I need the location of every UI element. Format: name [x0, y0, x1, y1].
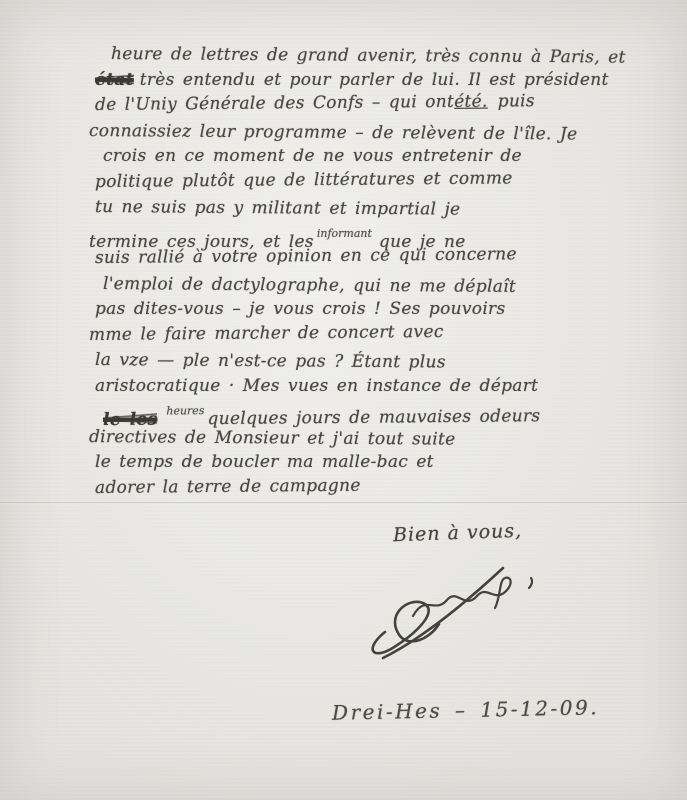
line-text: pas dites-vous – je vous crois ! Ses pou… — [95, 299, 506, 319]
letter-line: politique plutôt que de littératures et … — [95, 165, 635, 195]
line-text: l'emploi de dactylographe, qui ne me dép… — [103, 274, 516, 297]
dateline: Drei-Hes – 15-12-09. — [332, 695, 600, 725]
line-text: mme le faire marcher de concert avec — [89, 321, 444, 344]
line-text: la vze — ple n'est-ce pas ? Étant plus — [95, 350, 446, 372]
letter-line: la vze — ple n'est-ce pas ? Étant plus — [95, 348, 635, 377]
letter-line: mme le faire marcher de concert avec — [89, 318, 635, 348]
superscript-insert: informant — [317, 227, 372, 240]
closing-salutation: Bien à vous, — [393, 520, 523, 546]
line-text: suis rallié à votre opinion en ce qui co… — [95, 244, 517, 268]
line-text: heure de lettres de grand avenir, très c… — [111, 44, 626, 68]
letter-body: heure de lettres de grand avenir, très c… — [95, 42, 635, 501]
line-text: le temps de boucler ma malle-bac et — [95, 452, 434, 472]
line-text: tu ne suis pas y militant et impartial j… — [95, 197, 461, 220]
fold-crease — [0, 502, 687, 504]
line-text: de l'Uniy Générale des Confs – qui ont — [95, 92, 454, 115]
letter-line: directives de Monsieur et j'ai tout suit… — [89, 425, 635, 454]
underlined-word: été. — [454, 92, 488, 112]
line-text-tail: puis — [498, 91, 535, 111]
line-text: aristocratique · Mes vues en instance de… — [95, 376, 538, 396]
line-text: crois en ce moment de ne vous entretenir… — [103, 146, 522, 166]
letter-line: l'emploi de dactylographe, qui ne me dép… — [103, 272, 635, 301]
line-text: très entendu et pour parler de lui. Il e… — [140, 70, 609, 90]
letter-line: connaissiez leur programme – de relèvent… — [89, 119, 635, 148]
line-text: politique plutôt que de littératures et … — [95, 168, 513, 192]
letter-line: heure de lettres de grand avenir, très c… — [111, 42, 635, 71]
line-text: adorer la terre de campagne — [95, 475, 361, 497]
letter-line: de l'Uniy Générale des Confs – qui ontét… — [95, 88, 635, 118]
letter-scan-page: heure de lettres de grand avenir, très c… — [0, 0, 687, 800]
signature-flourish — [355, 552, 565, 662]
line-text: connaissiez leur programme – de relèvent… — [89, 121, 577, 144]
letter-line: le lesheuresquelques jours de mauvaises … — [103, 394, 635, 424]
strikethrough-word: état — [95, 70, 134, 90]
line-text: directives de Monsieur et j'ai tout suit… — [89, 427, 456, 450]
superscript-insert: heures — [166, 404, 204, 417]
letter-line: suis rallié à votre opinion en ce qui co… — [95, 241, 635, 271]
letter-line: tu ne suis pas y militant et impartial j… — [95, 195, 635, 224]
letter-line: adorer la terre de campagne — [95, 471, 635, 501]
